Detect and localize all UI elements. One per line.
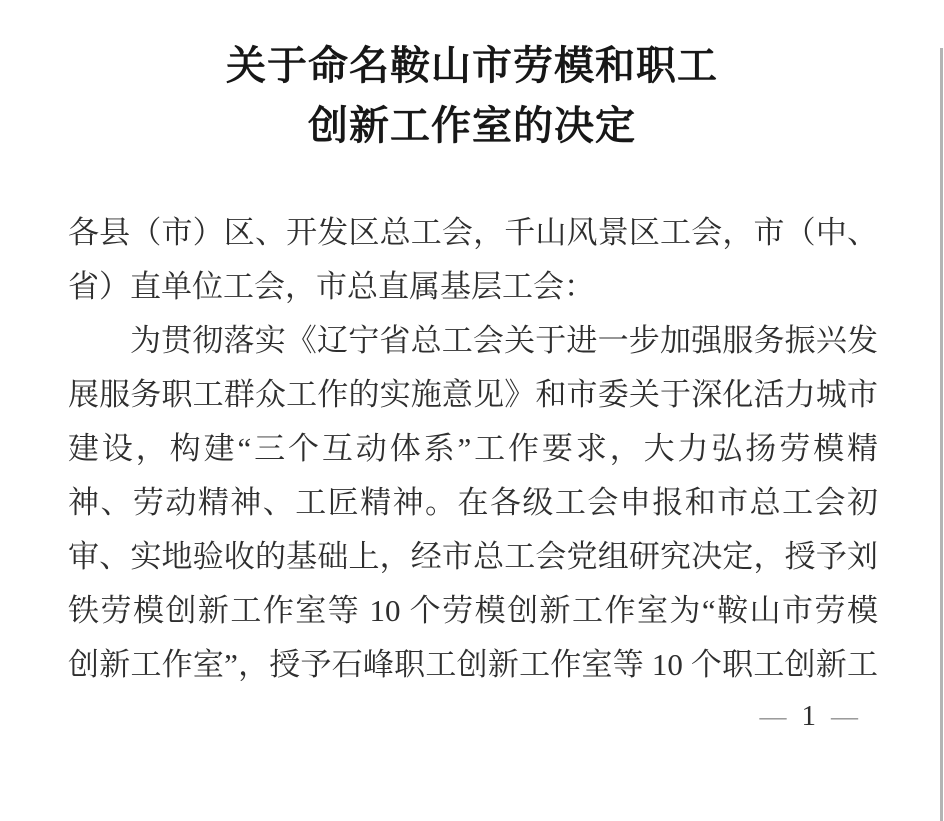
paragraph-line: 为贯彻落实《辽宁省总工会关于进一步加强服务振兴发 <box>68 314 878 368</box>
document-title: 关于命名鞍山市劳模和职工 创新工作室的决定 <box>0 0 944 156</box>
page-number: 1 <box>802 700 817 732</box>
salutation-line: 省）直单位工会，市总直属基层工会： <box>68 260 878 314</box>
title-line-2: 创新工作室的决定 <box>0 96 944 156</box>
paragraph-line: 审、实地验收的基础上，经市总工会党组研究决定，授予刘 <box>68 530 878 584</box>
paragraph-line: 神、劳动精神、工匠精神。在各级工会申报和市总工会初 <box>68 476 878 530</box>
scan-edge-artifact <box>940 48 943 821</box>
salutation-line: 各县（市）区、开发区总工会，千山风景区工会，市（中、 <box>68 206 878 260</box>
paragraph-line: 创新工作室”，授予石峰职工创新工作室等 10 个职工创新工 <box>68 638 878 692</box>
paragraph-line: 展服务职工群众工作的实施意见》和市委关于深化活力城市 <box>68 368 878 422</box>
page-number-dash-left: — <box>760 701 787 731</box>
document-page: 关于命名鞍山市劳模和职工 创新工作室的决定 各县（市）区、开发区总工会，千山风景… <box>0 0 944 821</box>
paragraph-line: 铁劳模创新工作室等 10 个劳模创新工作室为“鞍山市劳模 <box>68 584 878 638</box>
page-number-dash-right: — <box>831 701 858 731</box>
paragraph-line: 建设，构建“三个互动体系”工作要求，大力弘扬劳模精 <box>68 422 878 476</box>
title-line-1: 关于命名鞍山市劳模和职工 <box>0 36 944 96</box>
document-body: 各县（市）区、开发区总工会，千山风景区工会，市（中、 省）直单位工会，市总直属基… <box>0 206 944 692</box>
page-footer: —1— <box>0 700 944 732</box>
